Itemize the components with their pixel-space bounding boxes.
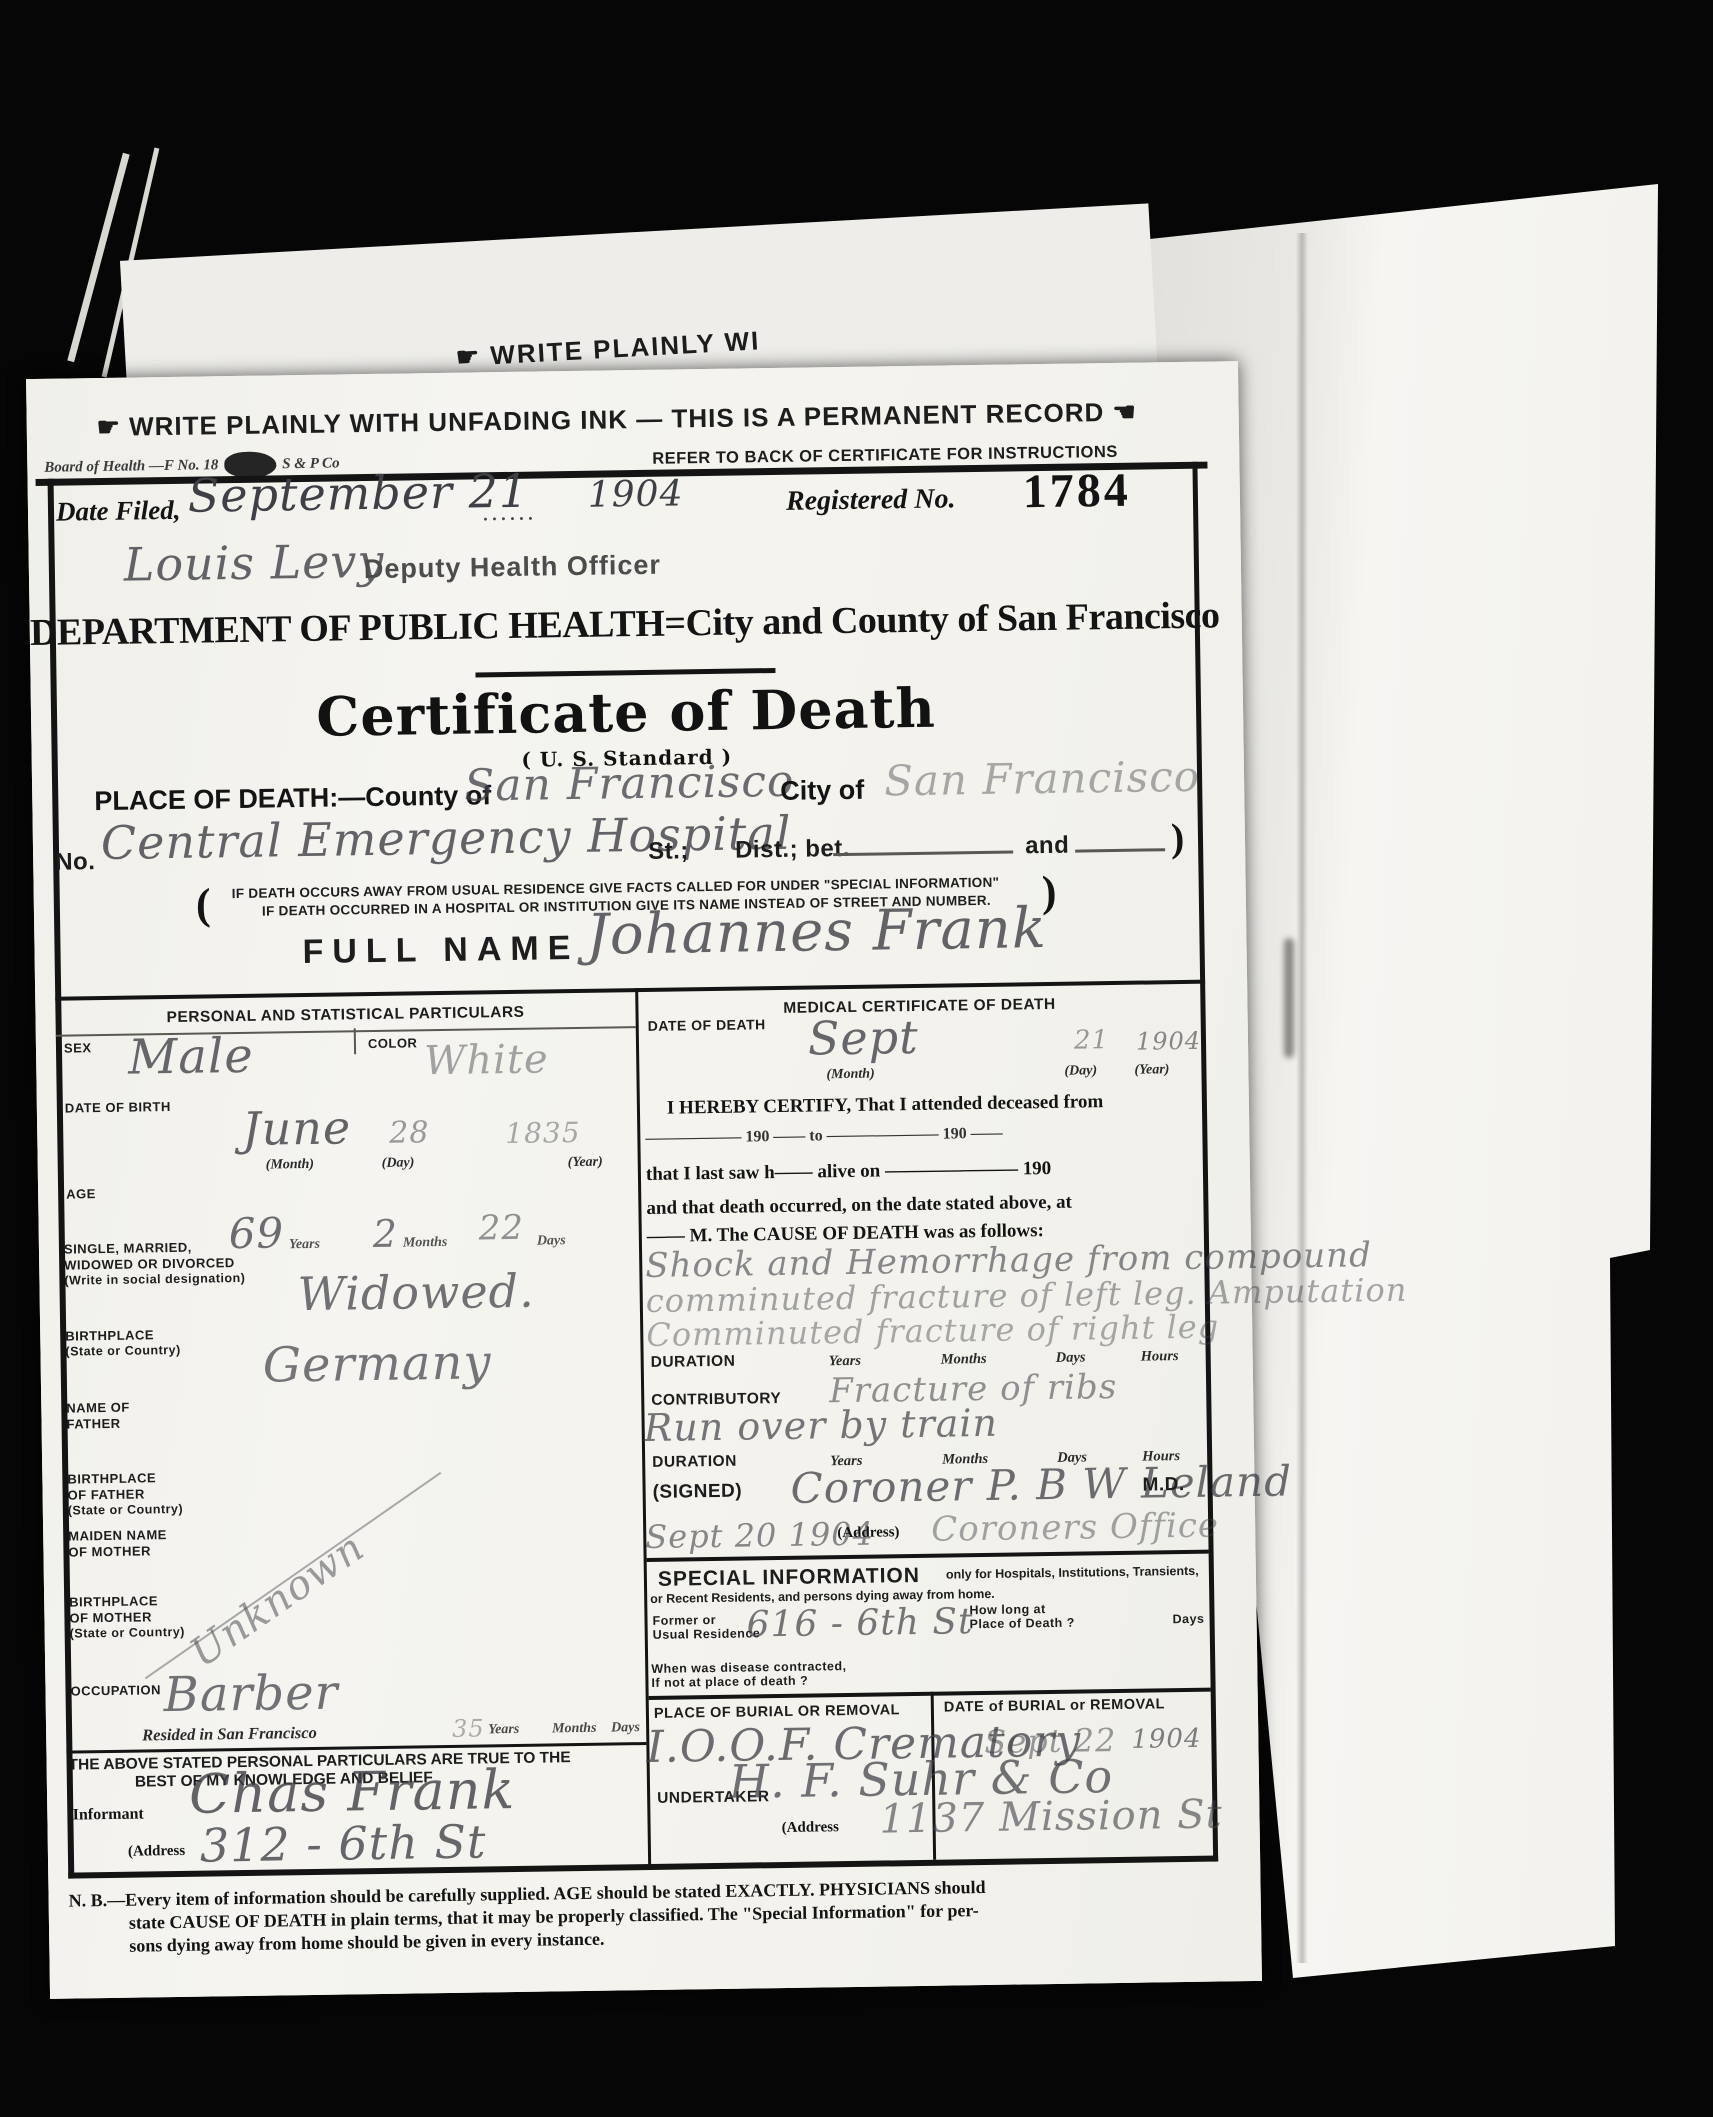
- scanned-document-stage: ☛ WRITE PLAINLY WI ☛ WRITE PLAINLY WITH …: [0, 0, 1713, 2117]
- age-years-value: 69: [228, 1208, 284, 1258]
- left-column-header: PERSONAL AND STATISTICAL PARTICULARS: [55, 1002, 635, 1029]
- age-days-value: 22: [478, 1208, 524, 1249]
- former-residence-value: 616 - 6th St: [746, 1601, 973, 1645]
- resided-days-caption: Days: [611, 1720, 640, 1736]
- disease-contracted-label-1: When was disease contracted,: [651, 1659, 846, 1676]
- mother-maiden-label-1: MAIDEN NAME: [68, 1527, 167, 1543]
- birthplace-caption: (State or Country): [65, 1343, 180, 1359]
- mother-birthplace-label-2: OF MOTHER: [69, 1609, 152, 1625]
- age-months-value: 2: [372, 1212, 398, 1256]
- dob-month-value: June: [242, 1100, 352, 1156]
- certify-text: I HEREBY CERTIFY, That I attended deceas…: [667, 1091, 1104, 1119]
- blank-line: [833, 850, 1013, 856]
- blank-line: [1075, 848, 1165, 852]
- place-city-label: City of: [780, 775, 864, 807]
- dod-label: DATE OF DEATH: [648, 1016, 766, 1034]
- district-label: Dist.; bet.: [735, 835, 850, 865]
- occurred-text: and that death occurred, on the date sta…: [646, 1192, 1072, 1220]
- cause-line-3: Comminuted fracture of right leg: [646, 1307, 1219, 1353]
- department-header: DEPARTMENT OF PUBLIC HEALTH=City and Cou…: [29, 593, 1220, 655]
- certify-blank-line: —————— 190 —— to ——————— 190 ——: [645, 1125, 1003, 1148]
- sheet-fold-crease: [1296, 233, 1308, 1963]
- dod-year-value: 1904: [1136, 1027, 1201, 1056]
- color-value: White: [424, 1036, 549, 1084]
- howlong-label-1: How long at: [969, 1602, 1046, 1617]
- howlong-label-2: Place of Death ?: [970, 1616, 1075, 1632]
- sheet-smudge: [1284, 938, 1294, 1058]
- paren-close-large: ): [1171, 814, 1185, 861]
- former-residence-label-1: Former or: [652, 1613, 716, 1628]
- dob-year-value: 1835: [505, 1116, 581, 1150]
- duration-label-1: DURATION: [651, 1353, 736, 1372]
- birthplace-value: Germany: [262, 1334, 492, 1393]
- undertaker-address-label: (Address: [782, 1819, 839, 1837]
- signed-address-label: (Address): [837, 1524, 899, 1542]
- mother-maiden-label-2: OF MOTHER: [68, 1543, 151, 1559]
- dob-month-caption: (Month): [266, 1157, 314, 1174]
- informant-address-label: (Address: [128, 1843, 185, 1861]
- dob-label: DATE OF BIRTH: [65, 1099, 171, 1116]
- age-label: AGE: [66, 1186, 96, 1201]
- health-officer-title: Deputy Health Officer: [364, 550, 661, 585]
- footer-note-line-3: sons dying away from home should be give…: [129, 1929, 604, 1957]
- duration1-hours: Hours: [1141, 1348, 1179, 1366]
- father-name-label-1: NAME OF: [66, 1400, 130, 1416]
- resided-years-value: 35: [452, 1714, 485, 1742]
- md-label: M.D.: [1142, 1474, 1184, 1497]
- father-birthplace-caption: (State or Country): [68, 1502, 183, 1518]
- age-years-caption: Years: [289, 1237, 320, 1253]
- mother-birthplace-label-1: BIRTHPLACE: [69, 1593, 158, 1609]
- father-birthplace-label-1: BIRTHPLACE: [67, 1470, 156, 1486]
- dod-year-caption: (Year): [1134, 1062, 1169, 1079]
- resided-years-caption: Years: [488, 1722, 519, 1738]
- date-filed-label: Date Filed,: [56, 495, 181, 528]
- dod-month-value: Sept: [808, 1010, 919, 1066]
- age-months-caption: Months: [403, 1235, 448, 1252]
- marital-label-1: SINGLE, MARRIED,: [64, 1240, 192, 1257]
- dob-year-caption: (Year): [568, 1155, 603, 1172]
- marital-value: Widowed.: [297, 1264, 535, 1322]
- duration1-years: Years: [829, 1353, 861, 1370]
- permanent-record-headline: ☛ WRITE PLAINLY WITH UNFADING INK — THIS…: [27, 396, 1207, 445]
- howlong-days-caption: Days: [1172, 1612, 1204, 1626]
- resided-months-caption: Months: [552, 1721, 597, 1738]
- full-name-label: FULL NAME: [302, 929, 579, 972]
- backing-sheet-headline: ☛ WRITE PLAINLY WI: [455, 325, 761, 373]
- and-label: and: [1025, 832, 1070, 861]
- page-edge-sliver: [67, 153, 129, 362]
- occupation-label: OCCUPATION: [70, 1682, 161, 1698]
- signed-label: (SIGNED): [652, 1481, 742, 1504]
- burial-date-year: 1904: [1131, 1724, 1202, 1755]
- informant-label: (Informant: [67, 1805, 144, 1824]
- duration1-days: Days: [1056, 1349, 1086, 1366]
- mother-birthplace-caption: (State or Country): [70, 1625, 185, 1641]
- health-officer-signature: Louis Levy: [123, 534, 384, 592]
- place-county-value: San Francisco: [464, 756, 795, 812]
- mother-maiden-value: Unknown: [182, 1524, 373, 1676]
- father-birthplace-label-2: OF FATHER: [67, 1486, 144, 1502]
- sex-label: SEX: [64, 1040, 92, 1055]
- duration1-months: Months: [941, 1351, 987, 1369]
- disease-contracted-label-2: If not at place of death ?: [651, 1674, 808, 1690]
- street-label: St.;: [648, 837, 689, 866]
- last-saw-text: that I last saw h—— alive on ——————— 190: [646, 1158, 1052, 1186]
- place-city-value: San Francisco: [884, 752, 1201, 806]
- age-days-caption: Days: [537, 1233, 566, 1249]
- certificate-page: ☛ WRITE PLAINLY WITH UNFADING INK — THIS…: [26, 361, 1262, 1999]
- paren-open-large: (: [195, 878, 210, 929]
- registered-no-value: 1784: [1022, 463, 1131, 520]
- marital-label-2: WIDOWED OR DIVORCED: [64, 1255, 235, 1273]
- contributory-value-2: Run over by train: [643, 1401, 998, 1450]
- dod-day-value: 21: [1074, 1025, 1110, 1056]
- signed-address-value: Coroners Office: [931, 1506, 1219, 1550]
- dob-day-caption: (Day): [382, 1155, 415, 1171]
- occupation-value: Barber: [163, 1665, 339, 1724]
- date-filed-year: 1904: [588, 473, 684, 515]
- street-no-label: No.: [55, 848, 96, 877]
- date-filed-value: September 21: [187, 464, 529, 523]
- full-name-value: Johannes Frank: [586, 896, 1047, 968]
- date-filed-dots: . . . . . .: [483, 504, 533, 526]
- registered-no-label: Registered No.: [786, 483, 956, 518]
- color-label: COLOR: [368, 1035, 418, 1051]
- dod-month-caption: (Month): [826, 1067, 874, 1084]
- resided-label: Resided in San Francisco: [142, 1723, 317, 1746]
- informant-address-value: 312 - 6th St: [199, 1814, 486, 1872]
- birthplace-label: BIRTHPLACE: [65, 1327, 154, 1343]
- special-info-sub-1: only for Hospitals, Institutions, Transi…: [946, 1564, 1199, 1582]
- undertaker-address-value: 1137 Mission St: [879, 1791, 1223, 1842]
- signed-value: Coroner P. B W Leland: [790, 1456, 1292, 1512]
- sex-value: Male: [128, 1028, 254, 1086]
- marital-label-3: (Write in social designation): [64, 1271, 245, 1288]
- dod-day-caption: (Day): [1064, 1063, 1097, 1079]
- dob-day-value: 28: [389, 1115, 430, 1151]
- father-name-label-2: FATHER: [66, 1416, 120, 1432]
- burial-date-label: DATE of BURIAL or REMOVAL: [944, 1696, 1165, 1715]
- title-rule: [475, 668, 775, 677]
- duration-label-2: DURATION: [652, 1453, 737, 1472]
- sex-color-tick: [354, 1028, 356, 1054]
- former-residence-label-2: Usual Residence: [653, 1626, 761, 1642]
